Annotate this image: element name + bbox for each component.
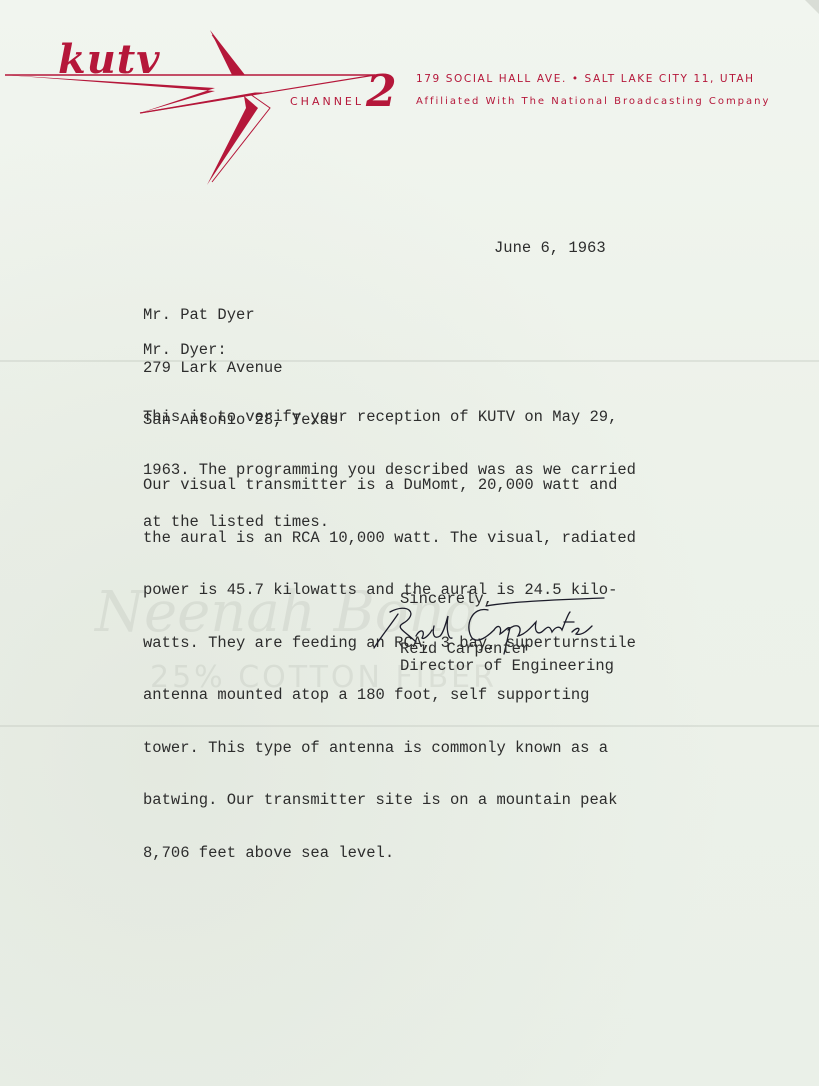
channel-number: 2 — [366, 66, 397, 117]
recipient-name: Mr. Pat Dyer — [143, 307, 338, 325]
text-line: batwing. Our transmitter site is on a mo… — [143, 792, 636, 810]
network-affiliation: Affiliated With The National Broadcastin… — [416, 96, 770, 107]
signer-title: Director of Engineering — [400, 658, 614, 676]
text-line: the aural is an RCA 10,000 watt. The vis… — [143, 530, 636, 548]
station-logo-text: kutv — [58, 36, 161, 83]
salutation: Mr. Dyer: — [143, 342, 227, 360]
paper-corner — [805, 0, 819, 14]
text-line: This is to verify your reception of KUTV… — [143, 409, 636, 427]
text-line: tower. This type of antenna is commonly … — [143, 740, 636, 758]
channel-label: CHANNEL — [290, 95, 364, 108]
text-line: 8,706 feet above sea level. — [143, 845, 636, 863]
text-line: Our visual transmitter is a DuMomt, 20,0… — [143, 477, 636, 495]
station-address: 179 SOCIAL HALL AVE. • SALT LAKE CITY 11… — [416, 73, 755, 85]
letter-date: June 6, 1963 — [494, 240, 606, 258]
fold-line — [0, 360, 819, 362]
text-line: antenna mounted atop a 180 foot, self su… — [143, 687, 636, 705]
signer-name: Reid Carpenter — [400, 641, 530, 659]
